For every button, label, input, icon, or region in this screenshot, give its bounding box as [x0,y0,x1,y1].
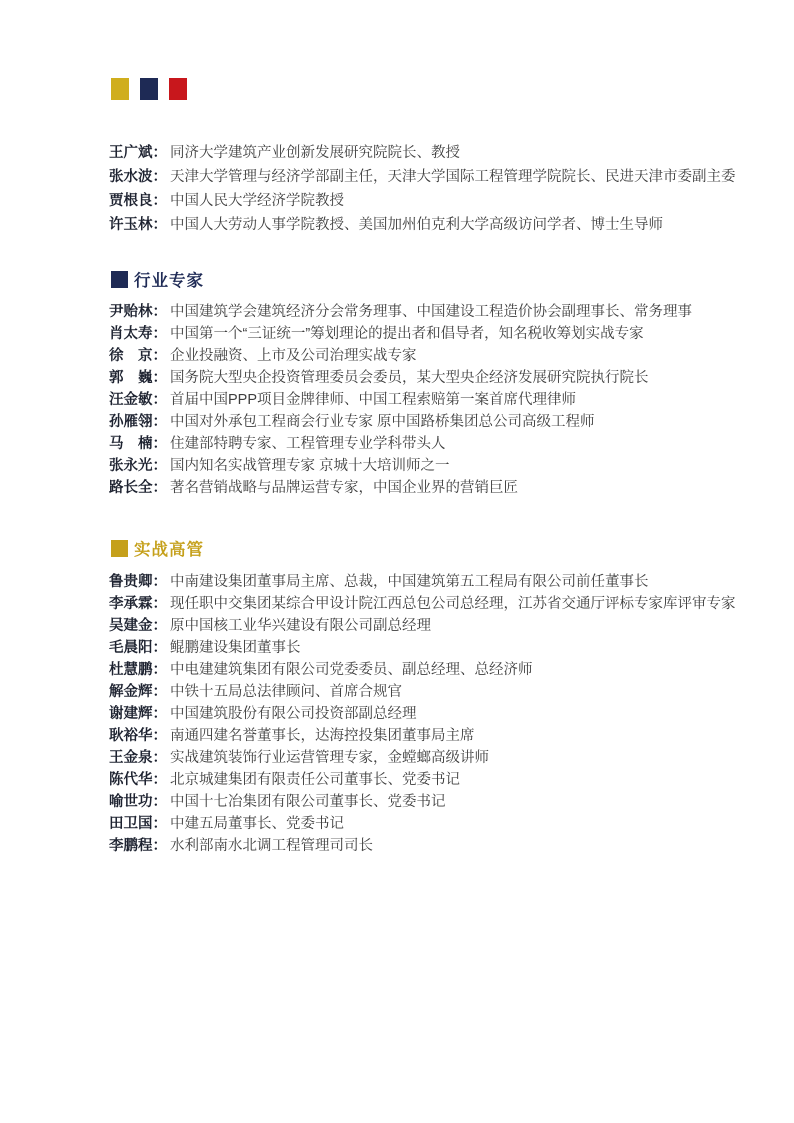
list-item: 李鹏程： 水利部南水北调工程管理司司长 [109,835,794,857]
person-desc: 鲲鹏建设集团董事长 [170,637,301,659]
list-item: 吴建金： 原中国核工业华兴建设有限公司副总经理 [109,615,794,637]
list-item: 王广斌： 同济大学建筑产业创新发展研究院院长、教授 [109,141,794,165]
person-desc: 中国人大劳动人事学院教授、美国加州伯克利大学高级访问学者、博士生导师 [170,213,663,237]
person-name: 耿裕华： [109,725,170,747]
person-name: 鲁贵卿： [109,571,170,593]
list-item: 张永光： 国内知名实战管理专家 京城十大培训师之一 [109,455,794,477]
person-desc: 天津大学管理与经济学部副主任，天津大学国际工程管理学院院长、民进天津市委副主委 [170,165,736,189]
list-item: 尹贻林： 中国建筑学会建筑经济分会常务理事、中国建设工程造价协会副理事长、常务理… [109,301,794,323]
person-name: 汪金敏： [109,389,170,411]
person-desc: 中电建建筑集团有限公司党委委员、副总经理、总经济师 [170,659,533,681]
person-desc: 水利部南水北调工程管理司司长 [170,835,373,857]
person-name: 谢建辉： [109,703,170,725]
list-item: 王金泉： 实战建筑装饰行业运营管理专家，金螳螂高级讲师 [109,747,794,769]
person-name: 许玉林： [109,213,170,237]
experts-list: 尹贻林： 中国建筑学会建筑经济分会常务理事、中国建设工程造价协会副理事长、常务理… [109,301,794,499]
document-page: { "decor": { "squares": [ { "name": "yel… [0,0,794,1123]
person-desc: 中国人民大学经济学院教授 [170,189,344,213]
list-item: 李承霖： 现任职中交集团某综合甲设计院江西总包公司总经理，江苏省交通厅评标专家库… [109,593,794,615]
person-name: 张永光： [109,455,170,477]
person-desc: 中国十七冶集团有限公司董事长、党委书记 [170,791,446,813]
section-title: 行业专家 [134,267,204,291]
person-name: 毛晨阳： [109,637,170,659]
section-header: 实战高管 [111,536,794,560]
yellow-square-icon [111,78,129,100]
person-desc: 国内知名实战管理专家 京城十大培训师之一 [170,455,450,477]
person-desc: 北京城建集团有限责任公司董事长、党委书记 [170,769,460,791]
intro-list: 王广斌： 同济大学建筑产业创新发展研究院院长、教授 张水波： 天津大学管理与经济… [109,141,794,237]
person-desc: 著名营销战略与品牌运营专家，中国企业界的营销巨匠 [170,477,518,499]
person-name: 肖太寿： [109,323,170,345]
person-desc: 原中国核工业华兴建设有限公司副总经理 [170,615,431,637]
list-item: 喻世功： 中国十七冶集团有限公司董事长、党委书记 [109,791,794,813]
decor-squares [111,0,794,100]
person-name: 杜慧鹏： [109,659,170,681]
person-name: 田卫国： [109,813,170,835]
red-square-icon [169,78,187,100]
section-header: 行业专家 [111,267,794,291]
executives-list: 鲁贵卿： 中南建设集团董事局主席、总裁，中国建筑第五工程局有限公司前任董事长 李… [109,571,794,857]
list-item: 陈代华： 北京城建集团有限责任公司董事长、党委书记 [109,769,794,791]
list-item: 汪金敏： 首届中国PPP项目金牌律师、中国工程索赔第一案首席代理律师 [109,389,794,411]
list-item: 毛晨阳： 鲲鹏建设集团董事长 [109,637,794,659]
list-item: 许玉林： 中国人大劳动人事学院教授、美国加州伯克利大学高级访问学者、博士生导师 [109,213,794,237]
person-desc: 企业投融资、上市及公司治理实战专家 [170,345,417,367]
gold-square-icon [111,540,128,557]
person-name: 解金辉： [109,681,170,703]
navy-square-icon [140,78,158,100]
list-item: 解金辉： 中铁十五局总法律顾问、首席合规官 [109,681,794,703]
person-desc: 首届中国PPP项目金牌律师、中国工程索赔第一案首席代理律师 [170,389,576,411]
person-desc: 中国建筑学会建筑经济分会常务理事、中国建设工程造价协会副理事长、常务理事 [170,301,692,323]
person-name: 王金泉： [109,747,170,769]
person-name: 徐 京： [109,345,170,367]
person-name: 陈代华： [109,769,170,791]
section-executives: 实战高管 鲁贵卿： 中南建设集团董事局主席、总裁，中国建筑第五工程局有限公司前任… [0,536,794,857]
list-item: 孙雁翎： 中国对外承包工程商会行业专家 原中国路桥集团总公司高级工程师 [109,411,794,433]
person-name: 张水波： [109,165,170,189]
list-item: 耿裕华： 南通四建名誉董事长，达海控投集团董事局主席 [109,725,794,747]
section-title: 实战高管 [134,536,204,560]
person-name: 孙雁翎： [109,411,170,433]
person-desc: 现任职中交集团某综合甲设计院江西总包公司总经理，江苏省交通厅评标专家库评审专家 [170,593,736,615]
person-desc: 中南建设集团董事局主席、总裁，中国建筑第五工程局有限公司前任董事长 [170,571,649,593]
person-desc: 中国建筑股份有限公司投资部副总经理 [170,703,417,725]
list-item: 徐 京： 企业投融资、上市及公司治理实战专家 [109,345,794,367]
person-name: 喻世功： [109,791,170,813]
list-item: 肖太寿： 中国第一个“三证统一”筹划理论的提出者和倡导者，知名税收筹划实战专家 [109,323,794,345]
person-name: 马 楠： [109,433,170,455]
list-item: 马 楠： 住建部特聘专家、工程管理专业学科带头人 [109,433,794,455]
person-name: 李承霖： [109,593,170,615]
person-name: 贾根良： [109,189,170,213]
list-item: 郭 巍： 国务院大型央企投资管理委员会委员，某大型央企经济发展研究院执行院长 [109,367,794,389]
section-industry-experts: 行业专家 尹贻林： 中国建筑学会建筑经济分会常务理事、中国建设工程造价协会副理事… [0,267,794,499]
list-item: 谢建辉： 中国建筑股份有限公司投资部副总经理 [109,703,794,725]
list-item: 田卫国： 中建五局董事长、党委书记 [109,813,794,835]
list-item: 鲁贵卿： 中南建设集团董事局主席、总裁，中国建筑第五工程局有限公司前任董事长 [109,571,794,593]
list-item: 张水波： 天津大学管理与经济学部副主任，天津大学国际工程管理学院院长、民进天津市… [109,165,794,189]
person-name: 吴建金： [109,615,170,637]
person-desc: 中国第一个“三证统一”筹划理论的提出者和倡导者，知名税收筹划实战专家 [170,323,644,345]
person-name: 郭 巍： [109,367,170,389]
person-name: 尹贻林： [109,301,170,323]
list-item: 路长全： 著名营销战略与品牌运营专家，中国企业界的营销巨匠 [109,477,794,499]
person-name: 李鹏程： [109,835,170,857]
list-item: 杜慧鹏： 中电建建筑集团有限公司党委委员、副总经理、总经济师 [109,659,794,681]
page-container: 王广斌： 同济大学建筑产业创新发展研究院院长、教授 张水波： 天津大学管理与经济… [0,0,794,1123]
navy-square-icon [111,271,128,288]
person-name: 王广斌： [109,141,170,165]
person-desc: 国务院大型央企投资管理委员会委员，某大型央企经济发展研究院执行院长 [170,367,649,389]
list-item: 贾根良： 中国人民大学经济学院教授 [109,189,794,213]
person-desc: 南通四建名誉董事长，达海控投集团董事局主席 [170,725,475,747]
person-desc: 同济大学建筑产业创新发展研究院院长、教授 [170,141,460,165]
person-name: 路长全： [109,477,170,499]
person-desc: 住建部特聘专家、工程管理专业学科带头人 [170,433,446,455]
person-desc: 中铁十五局总法律顾问、首席合规官 [170,681,402,703]
person-desc: 中建五局董事长、党委书记 [170,813,344,835]
person-desc: 实战建筑装饰行业运营管理专家，金螳螂高级讲师 [170,747,489,769]
person-desc: 中国对外承包工程商会行业专家 原中国路桥集团总公司高级工程师 [170,411,595,433]
